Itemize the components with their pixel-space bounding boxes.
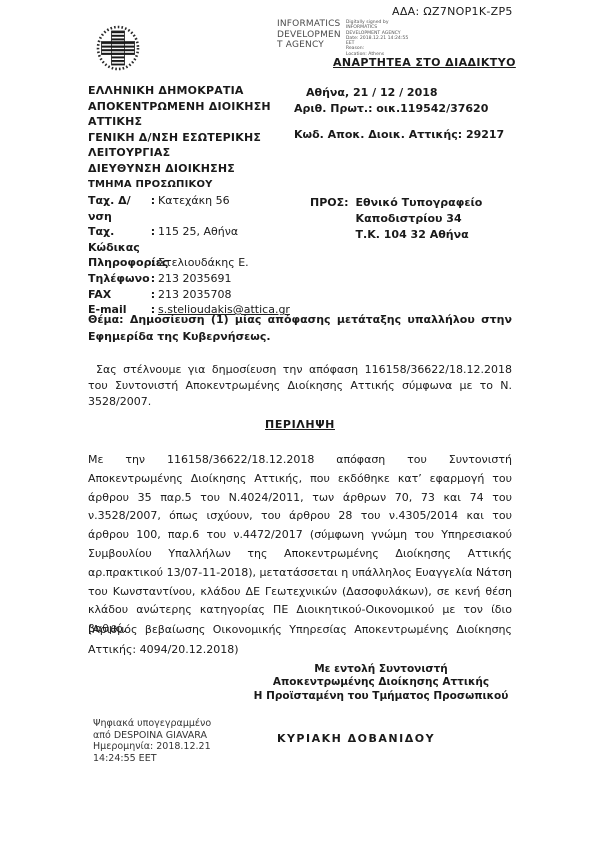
- digital-signature-note: Ψηφιακά υπογεγραμμένο από DESPOINA GIAVA…: [93, 718, 211, 764]
- postal-code: 115 25, Αθήνα: [158, 224, 238, 255]
- postal-address: Κατεχάκη 56: [158, 193, 230, 224]
- org-line: ΓΕΝΙΚΗ Δ/ΝΣΗ ΕΣΩΤΕΡΙΚΗΣ ΛΕΙΤΟΥΡΓΙΑΣ: [88, 130, 322, 161]
- issuing-authority-block: ΕΛΛΗΝΙΚΗ ΔΗΜΟΚΡΑΤΙΑ ΑΠΟΚΕΝΤΡΩΜΕΝΗ ΔΙΟΙΚΗ…: [88, 83, 322, 192]
- city-date: Αθήνα, 21 / 12 / 2018: [306, 85, 504, 101]
- recipient-line: Τ.Κ. 104 32 Αθήνα: [356, 227, 483, 243]
- contact-info-block: Ταχ. Δ/νση : Κατεχάκη 56 Ταχ. Κώδικας : …: [88, 193, 290, 318]
- by-order-line: Η Προϊσταμένη του Τμήματος Προσωπικού: [240, 690, 522, 703]
- recipient-line: Καποδιστρίου 34: [356, 211, 483, 227]
- digital-signature-stamp: INFORMATICS DEVELOPMEN T AGENCY Digitall…: [277, 19, 408, 57]
- by-order-line: Αποκεντρωμένης Διοίκησης Αττικής: [240, 676, 522, 689]
- recipient-label: ΠΡΟΣ:: [310, 195, 349, 243]
- intro-paragraph: Σας στέλνουμε για δημοσίευση την απόφαση…: [88, 362, 512, 410]
- by-order-line: Με εντολή Συντονιστή: [240, 663, 522, 676]
- contact-row: Τηλέφωνο : 213 2035691: [88, 271, 290, 287]
- contact-row: Ταχ. Κώδικας : 115 25, Αθήνα: [88, 224, 290, 255]
- administration-code: Κωδ. Αποκ. Διοικ. Αττικής: 29217: [294, 127, 504, 143]
- stamp-agency-name: INFORMATICS DEVELOPMEN T AGENCY: [277, 19, 341, 57]
- stamp-details: Digitally signed by INFORMATICS DEVELOPM…: [346, 19, 408, 57]
- protocol-number: Αριθ. Πρωτ.: οικ.119542/37620: [294, 101, 504, 117]
- signature-authority-block: Με εντολή Συντονιστή Αποκεντρωμένης Διοί…: [240, 663, 522, 703]
- summary-heading: ΠΕΡΙΛΗΨΗ: [88, 418, 512, 431]
- digital-signature-line: 14:24:55 EET: [93, 753, 211, 765]
- phone-number: 213 2035691: [158, 271, 231, 287]
- fax-number: 213 2035708: [158, 287, 231, 303]
- subject-paragraph: Θέμα: Δημοσίευση (1) μίας απόφασης μετάτ…: [88, 312, 512, 345]
- signer-name: ΚΥΡΙΑΚΗ ΔΟΒΑΝΙΔΟΥ: [215, 732, 497, 745]
- subject-label: Θέμα:: [88, 313, 124, 326]
- contact-row: FAX : 213 2035708: [88, 287, 290, 303]
- document-page: ΑΔΑ: ΩΖ7ΝΟΡ1Κ-ΖΡ5 INFORMATICS DEVELOPMEN…: [0, 0, 595, 842]
- org-line: ΑΠΟΚΕΝΤΡΩΜΕΝΗ ΔΙΟΙΚΗΣΗ ΑΤΤΙΚΗΣ: [88, 99, 322, 130]
- digital-signature-line: Ημερομηνία: 2018.12.21: [93, 741, 211, 753]
- digital-signature-line: Ψηφιακά υπογεγραμμένο: [93, 718, 211, 730]
- summary-paragraph: Με την 116158/36622/18.12.2018 απόφαση τ…: [88, 451, 512, 639]
- contact-row: Πληροφορίες : Στελιουδάκης Ε.: [88, 255, 290, 271]
- digital-signature-line: από DESPOINA GIAVARA: [93, 730, 211, 742]
- ada-code: ΑΔΑ: ΩΖ7ΝΟΡ1Κ-ΖΡ5: [392, 5, 513, 18]
- recipient-block: ΠΡΟΣ: Εθνικό Τυπογραφείο Καποδιστρίου 34…: [310, 195, 482, 243]
- date-protocol-block: Αθήνα, 21 / 12 / 2018 Αριθ. Πρωτ.: οικ.1…: [294, 85, 504, 143]
- org-line: ΔΙΕΥΘΥΝΣΗ ΔΙΟΙΚΗΣΗΣ: [88, 161, 322, 177]
- org-line: ΤΜΗΜΑ ΠΡΟΣΩΠΙΚΟΥ: [88, 177, 322, 193]
- web-posting-notice: ΑΝΑΡΤΗΤΕΑ ΣΤΟ ΔΙΑΔΙΚΤΥΟ: [333, 56, 516, 69]
- greek-coat-of-arms-icon: [95, 24, 141, 76]
- recipient-address: Εθνικό Τυπογραφείο Καποδιστρίου 34 Τ.Κ. …: [356, 195, 483, 243]
- subject-text: Δημοσίευση (1) μίας απόφασης μετάταξης υ…: [88, 313, 512, 343]
- recipient-line: Εθνικό Τυπογραφείο: [356, 195, 483, 211]
- certification-note: (Αριθμός βεβαίωσης Οικονομικής Υπηρεσίας…: [88, 620, 512, 660]
- contact-row: Ταχ. Δ/νση : Κατεχάκη 56: [88, 193, 290, 224]
- contact-person: Στελιουδάκης Ε.: [158, 255, 249, 271]
- org-line: ΕΛΛΗΝΙΚΗ ΔΗΜΟΚΡΑΤΙΑ: [88, 83, 322, 99]
